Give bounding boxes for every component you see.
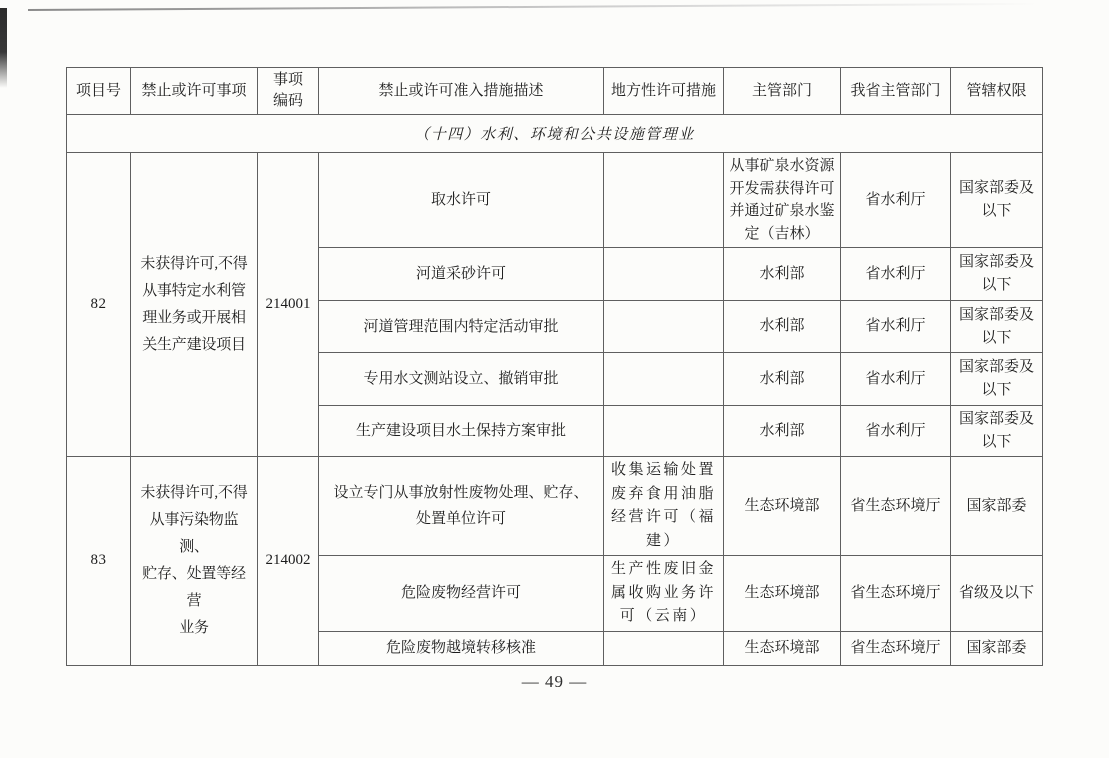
local-measure-cell [604, 406, 724, 457]
measure-desc-cell: 河道采砂许可 [319, 248, 604, 301]
prov-dept-cell: 省生态环境厅 [841, 457, 951, 556]
local-measure-cell [604, 248, 724, 301]
section-row: （十四）水利、环境和公共设施管理业 [67, 115, 1043, 153]
header-local-licensing-measures: 地方性许可措施 [604, 68, 724, 115]
dept-cell: 水利部 [724, 353, 841, 406]
dept-cell: 从事矿泉水资源 开发需获得许可 并通过矿泉水鉴 定（吉林） [724, 153, 841, 248]
market-access-negative-list-table: 项目号 禁止或许可事项 事项 编码 禁止或许可准入措施描述 地方性许可措施 主管… [66, 67, 1043, 666]
scope-cell: 省级及以下 [951, 556, 1043, 632]
code-cell: 214001 [258, 153, 319, 457]
measure-desc-cell: 河道管理范围内特定活动审批 [319, 301, 604, 353]
code-cell: 214002 [258, 457, 319, 666]
scope-cell: 国家部委及 以下 [951, 406, 1043, 457]
measure-desc-cell: 取水许可 [319, 153, 604, 248]
item-id-cell: 82 [67, 153, 131, 457]
prov-dept-cell: 省生态环境厅 [841, 556, 951, 632]
prov-dept-cell: 省水利厅 [841, 406, 951, 457]
dept-cell: 水利部 [724, 406, 841, 457]
page-number: — 49 — [0, 672, 1109, 692]
scan-page-edge-line [28, 2, 1093, 11]
local-measure-cell [604, 301, 724, 353]
scope-cell: 国家部委 [951, 631, 1043, 665]
local-measure-cell [604, 153, 724, 248]
header-prohibited-or-permitted-matter: 禁止或许可事项 [131, 68, 258, 115]
local-measure-cell: 生产性废旧金 属收购业务许 可（云南） [604, 556, 724, 632]
table-row: 83 未获得许可,不得 从事污染物监测、 贮存、处置等经营 业务 214002 … [67, 457, 1043, 556]
item-id-cell: 83 [67, 457, 131, 666]
scope-cell: 国家部委 [951, 457, 1043, 556]
scope-cell: 国家部委及 以下 [951, 153, 1043, 248]
matter-cell: 未获得许可,不得 从事特定水利管 理业务或开展相 关生产建设项目 [131, 153, 258, 457]
prov-dept-cell: 省水利厅 [841, 353, 951, 406]
scan-left-edge-shadow [0, 8, 7, 88]
matter-cell: 未获得许可,不得 从事污染物监测、 贮存、处置等经营 业务 [131, 457, 258, 666]
table-row: 82 未获得许可,不得 从事特定水利管 理业务或开展相 关生产建设项目 2140… [67, 153, 1043, 248]
prov-dept-cell: 省生态环境厅 [841, 631, 951, 665]
scope-cell: 国家部委及 以下 [951, 248, 1043, 301]
measure-desc-cell: 危险废物越境转移核准 [319, 631, 604, 665]
dept-cell: 生态环境部 [724, 631, 841, 665]
header-provincial-competent-department: 我省主管部门 [841, 68, 951, 115]
prov-dept-cell: 省水利厅 [841, 153, 951, 248]
measure-desc-cell: 危险废物经营许可 [319, 556, 604, 632]
dept-cell: 水利部 [724, 248, 841, 301]
header-measure-description: 禁止或许可准入措施描述 [319, 68, 604, 115]
local-measure-cell: 收集运输处置 废弃食用油脂 经营许可（福 建） [604, 457, 724, 556]
header-matter-code: 事项 编码 [258, 68, 319, 115]
dept-cell: 生态环境部 [724, 556, 841, 632]
local-measure-cell [604, 631, 724, 665]
header-project-number: 项目号 [67, 68, 131, 115]
header-competent-department: 主管部门 [724, 68, 841, 115]
dept-cell: 水利部 [724, 301, 841, 353]
local-measure-cell [604, 353, 724, 406]
prov-dept-cell: 省水利厅 [841, 301, 951, 353]
dept-cell: 生态环境部 [724, 457, 841, 556]
prov-dept-cell: 省水利厅 [841, 248, 951, 301]
scope-cell: 国家部委及 以下 [951, 353, 1043, 406]
scope-cell: 国家部委及 以下 [951, 301, 1043, 353]
section-title: （十四）水利、环境和公共设施管理业 [67, 115, 1043, 153]
table-header-row: 项目号 禁止或许可事项 事项 编码 禁止或许可准入措施描述 地方性许可措施 主管… [67, 68, 1043, 115]
measure-desc-cell: 设立专门从事放射性废物处理、贮存、 处置单位许可 [319, 457, 604, 556]
measure-desc-cell: 生产建设项目水土保持方案审批 [319, 406, 604, 457]
measure-desc-cell: 专用水文测站设立、撤销审批 [319, 353, 604, 406]
header-jurisdiction-authority: 管辖权限 [951, 68, 1043, 115]
